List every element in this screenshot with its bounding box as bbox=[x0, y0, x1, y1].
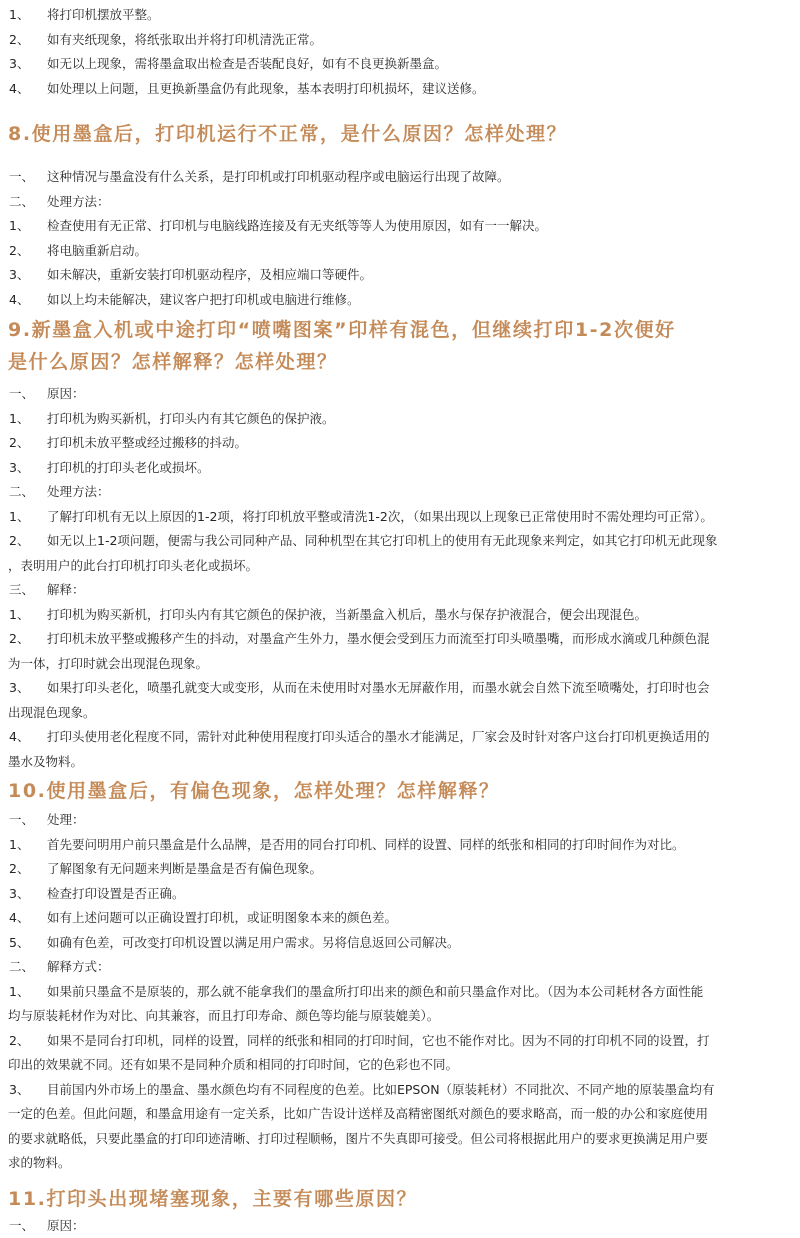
section-11-body: 一、原因： bbox=[8, 1214, 792, 1238]
list-item: 1、了解打印机有无以上原因的1-2项，将打印机放平整或清洗1-2次，（如果出现以… bbox=[8, 505, 792, 530]
section-9-body: 一、原因： 1、打印机为购买新机，打印头内有其它颜色的保护液。 2、打印机未放平… bbox=[8, 382, 792, 774]
document-page: 1、将打印机摆放平整。 2、如有夹纸现象，将纸张取出并将打印机清洗正常。 3、如… bbox=[0, 0, 800, 1238]
list-item: 2、将电脑重新启动。 bbox=[8, 239, 792, 264]
list-item: 2、如无以上1-2项问题，便需与我公司同种产品、同种机型在其它打印机上的使用有无… bbox=[8, 529, 792, 578]
list-item: 一、原因： bbox=[8, 382, 792, 407]
list-item: 3、如果打印头老化，喷墨孔就变大或变形，从而在未使用时对墨水无屏蔽作用，而墨水就… bbox=[8, 676, 792, 725]
list-item: 一、这种情况与墨盒没有什么关系，是打印机或打印机驱动程序或电脑运行出现了故障。 bbox=[8, 165, 792, 190]
section-9-heading: 9.新墨盒入机或中途打印“喷嘴图案”印样有混色，但继续打印1-2次便好 是什么原… bbox=[8, 314, 792, 378]
list-item: 二、处理方法： bbox=[8, 190, 792, 215]
list-item: 二、解释方式： bbox=[8, 955, 792, 980]
list-item: 1、打印机为购买新机，打印头内有其它颜色的保护液。 bbox=[8, 407, 792, 432]
list-item: 4、如处理以上问题，且更换新墨盒仍有此现象，基本表明打印机损坏，建议送修。 bbox=[8, 77, 792, 102]
list-item: 二、处理方法： bbox=[8, 480, 792, 505]
section-8-body: 一、这种情况与墨盒没有什么关系，是打印机或打印机驱动程序或电脑运行出现了故障。 … bbox=[8, 165, 792, 312]
list-item: 1、将打印机摆放平整。 bbox=[8, 3, 792, 28]
list-item: 三、解释： bbox=[8, 578, 792, 603]
list-item: 一、原因： bbox=[8, 1214, 792, 1238]
list-item: 2、如有夹纸现象，将纸张取出并将打印机清洗正常。 bbox=[8, 28, 792, 53]
section-7-list: 1、将打印机摆放平整。 2、如有夹纸现象，将纸张取出并将打印机清洗正常。 3、如… bbox=[8, 0, 792, 101]
list-item: 3、检查打印设置是否正确。 bbox=[8, 882, 792, 907]
list-item: 2、打印机未放平整或搬移产生的抖动，对墨盒产生外力，墨水便会受到压力而流至打印头… bbox=[8, 627, 792, 676]
list-item: 1、打印机为购买新机，打印头内有其它颜色的保护液，当新墨盒入机后，墨水与保存护液… bbox=[8, 603, 792, 628]
list-item: 2、打印机未放平整或经过搬移的抖动。 bbox=[8, 431, 792, 456]
list-item: 3、打印机的打印头老化或损坏。 bbox=[8, 456, 792, 481]
list-item: 3、如未解决，重新安装打印机驱动程序，及相应端口等硬件。 bbox=[8, 263, 792, 288]
list-item: 2、如果不是同台打印机，同样的设置，同样的纸张和相同的打印时间，它也不能作对比。… bbox=[8, 1029, 792, 1078]
list-item: 1、首先要问明用户前只墨盒是什么品牌，是否用的同台打印机、同样的设置、同样的纸张… bbox=[8, 833, 792, 858]
list-item: 4、打印头使用老化程度不同，需针对此种使用程度打印头适合的墨水才能满足，厂家会及… bbox=[8, 725, 792, 774]
list-item: 2、了解图象有无问题来判断是墨盒是否有偏色现象。 bbox=[8, 857, 792, 882]
list-item: 4、如有上述问题可以正确设置打印机，或证明图象本来的颜色差。 bbox=[8, 906, 792, 931]
section-10-body: 一、处理： 1、首先要问明用户前只墨盒是什么品牌，是否用的同台打印机、同样的设置… bbox=[8, 808, 792, 1176]
section-11-heading: 11.打印头出现堵塞现象，主要有哪些原因？ bbox=[8, 1184, 792, 1214]
section-9-heading-line-1: 9.新墨盒入机或中途打印“喷嘴图案”印样有混色，但继续打印1-2次便好 bbox=[8, 319, 676, 341]
list-item: 3、目前国内外市场上的墨盒、墨水颜色均有不同程度的色差。比如EPSON（原装耗材… bbox=[8, 1078, 792, 1176]
list-item: 1、检查使用有无正常、打印机与电脑线路连接及有无夹纸等等人为使用原因，如有一一解… bbox=[8, 214, 792, 239]
section-9-heading-line-2: 是什么原因？怎样解释？怎样处理？ bbox=[8, 351, 338, 373]
list-item: 5、如确有色差，可改变打印机设置以满足用户需求。另将信息返回公司解决。 bbox=[8, 931, 792, 956]
section-8-heading: 8.使用墨盒后，打印机运行不正常，是什么原因？怎样处理？ bbox=[8, 119, 792, 149]
list-item: 1、如果前只墨盒不是原装的，那么就不能拿我们的墨盒所打印出来的颜色和前只墨盒作对… bbox=[8, 980, 792, 1029]
list-item: 一、处理： bbox=[8, 808, 792, 833]
section-10-heading: 10.使用墨盒后，有偏色现象，怎样处理？怎样解释？ bbox=[8, 776, 792, 806]
list-item: 4、如以上均未能解决，建议客户把打印机或电脑进行维修。 bbox=[8, 288, 792, 313]
list-item: 3、如无以上现象，需将墨盒取出检查是否装配良好，如有不良更换新墨盒。 bbox=[8, 52, 792, 77]
